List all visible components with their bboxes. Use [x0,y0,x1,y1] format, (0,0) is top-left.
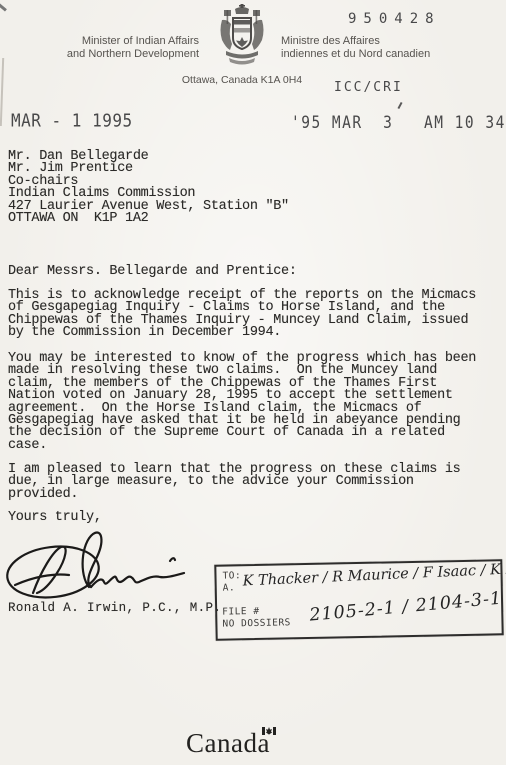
coat-of-arms-icon [218,4,266,68]
scan-edge-artifact [0,58,4,126]
icc-cri-stamp: ICC/CRI [334,80,403,95]
routing-stamp-box: TO: A. K Thacker / R Maurice / F Isaac /… [214,559,503,641]
minister-title-fr: Ministre des Affaires indiennes et du No… [281,35,451,60]
no-dossiers-label: NO DOSSIERS [222,617,291,629]
signer-name: Ronald A. Irwin, P.C., M.P. [8,602,221,614]
office-address: Ottawa, Canada K1A 0H4 [142,74,342,86]
canada-flag-icon [262,727,276,735]
date-stamp-right: '95 MAR 3 AM 10 34 [291,114,506,132]
to-label: TO: [222,570,241,581]
body-paragraph-2: You may be interested to know of the pro… [8,353,504,452]
salutation: Dear Messrs. Bellegarde and Prentice: [8,266,297,278]
scan-speck [0,3,7,11]
date-stamp-left: MAR - 1 1995 [11,110,133,131]
scanned-letter-page: 950428 ICC/CRI MAR - 1 1995 '95 MAR 3 AM… [0,0,506,765]
a-label: A. [223,582,236,593]
body-paragraph-3: I am pleased to learn that the progress … [8,464,504,501]
recipient-address: Mr. Dan Bellegarde Mr. Jim Prentice Co-c… [8,151,289,225]
stray-pen-mark [397,102,402,109]
body-paragraph-1: This is to acknowledge receipt of the re… [8,290,504,340]
closing: Yours truly, [8,512,102,524]
file-numbers-handwritten: 2105-2-1 / 2104-3-1 [309,589,503,626]
signature-icon [3,527,218,612]
minister-title-en: Minister of Indian Affairs and Northern … [22,35,199,60]
canada-wordmark: Canada [186,728,270,759]
received-number-stamp: 950428 [348,11,441,27]
routing-names-handwritten: K Thacker / R Maurice / F Isaac / K Full… [242,559,506,590]
file-number-label: FILE # [222,606,260,618]
